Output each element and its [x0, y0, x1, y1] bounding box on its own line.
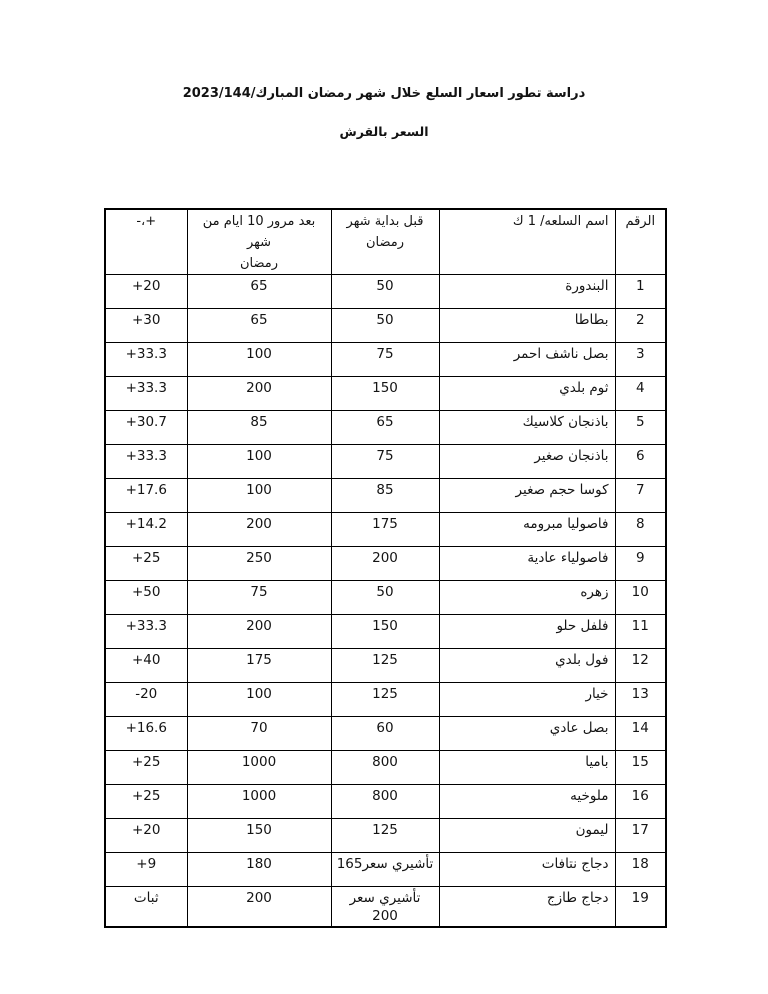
table-row: 8فاصوليا مبرومه175200+14.2 [105, 513, 666, 547]
cell-price-before: 150 [331, 377, 439, 411]
cell-price-after: 65 [187, 309, 331, 343]
cell-change: +25 [105, 547, 187, 581]
cell-change: +50 [105, 581, 187, 615]
cell-change: +17.6 [105, 479, 187, 513]
col-header-price-before-ramadan: قبل بداية شهر رمضان [331, 209, 439, 275]
cell-item-name: فلفل حلو [439, 615, 615, 649]
cell-number: 1 [615, 275, 666, 309]
table-row: 19دجاج طازجتأشيري سعر 200200ثبات [105, 887, 666, 927]
cell-number: 6 [615, 445, 666, 479]
table-row: 6باذنجان صغير75100+33.3 [105, 445, 666, 479]
cell-number: 16 [615, 785, 666, 819]
cell-item-name: ملوخيه [439, 785, 615, 819]
cell-price-after: 100 [187, 683, 331, 717]
table-row: 17ليمون125150+20 [105, 819, 666, 853]
cell-price-before: 125 [331, 819, 439, 853]
cell-price-before: 50 [331, 275, 439, 309]
table-row: 16ملوخيه8001000+25 [105, 785, 666, 819]
cell-number: 14 [615, 717, 666, 751]
cell-change: +9 [105, 853, 187, 887]
cell-item-name: باذنجان صغير [439, 445, 615, 479]
cell-price-after: 200 [187, 513, 331, 547]
cell-price-after: 180 [187, 853, 331, 887]
cell-item-name: ثوم بلدي [439, 377, 615, 411]
table-row: 15باميا8001000+25 [105, 751, 666, 785]
cell-price-after: 100 [187, 445, 331, 479]
table-row: 18دجاج نتافاتتأشيري سعر165180+9 [105, 853, 666, 887]
table-row: 14بصل عادي6070+16.6 [105, 717, 666, 751]
header-row: الرقم اسم السلعه/ 1 ك قبل بداية شهر رمضا… [105, 209, 666, 275]
table-row: 4ثوم بلدي150200+33.3 [105, 377, 666, 411]
table-row: 7كوسا حجم صغير85100+17.6 [105, 479, 666, 513]
cell-number: 3 [615, 343, 666, 377]
price-unit-subtitle: السعر بالقرش [0, 124, 768, 139]
cell-number: 11 [615, 615, 666, 649]
cell-item-name: بصل عادي [439, 717, 615, 751]
cell-item-name: دجاج طازج [439, 887, 615, 927]
table-row: 2بطاطا5065+30 [105, 309, 666, 343]
cell-price-after: 100 [187, 343, 331, 377]
cell-item-name: ليمون [439, 819, 615, 853]
cell-price-before: 50 [331, 581, 439, 615]
cell-item-name: دجاج نتافات [439, 853, 615, 887]
cell-item-name: باميا [439, 751, 615, 785]
cell-item-name: فول بلدي [439, 649, 615, 683]
cell-price-after: 75 [187, 581, 331, 615]
cell-change: +20 [105, 819, 187, 853]
cell-price-before: 125 [331, 649, 439, 683]
cell-number: 19 [615, 887, 666, 927]
cell-price-before: 65 [331, 411, 439, 445]
cell-price-before: 800 [331, 751, 439, 785]
cell-number: 8 [615, 513, 666, 547]
cell-change: -20 [105, 683, 187, 717]
cell-price-before: 75 [331, 445, 439, 479]
table-row: 3بصل ناشف احمر75100+33.3 [105, 343, 666, 377]
cell-price-before: 800 [331, 785, 439, 819]
cell-price-before: 60 [331, 717, 439, 751]
table-body: 1البندورة5065+202بطاطا5065+303بصل ناشف ا… [105, 275, 666, 927]
cell-number: 9 [615, 547, 666, 581]
cell-item-name: خيار [439, 683, 615, 717]
cell-item-name: كوسا حجم صغير [439, 479, 615, 513]
cell-price-before: 200 [331, 547, 439, 581]
doc-title: دراسة تطور اسعار السلع خلال شهر رمضان ال… [0, 86, 768, 101]
cell-number: 7 [615, 479, 666, 513]
cell-price-before: 175 [331, 513, 439, 547]
table-row: 10زهره5075+50 [105, 581, 666, 615]
cell-change: +33.3 [105, 343, 187, 377]
table-row: 5باذنجان كلاسيك6585+30.7 [105, 411, 666, 445]
cell-change: +25 [105, 751, 187, 785]
prices-table: الرقم اسم السلعه/ 1 ك قبل بداية شهر رمضا… [104, 208, 667, 928]
cell-price-after: 175 [187, 649, 331, 683]
cell-number: 2 [615, 309, 666, 343]
cell-change: +16.6 [105, 717, 187, 751]
cell-change: +33.3 [105, 445, 187, 479]
cell-item-name: باذنجان كلاسيك [439, 411, 615, 445]
col-header-price-after-10-days: بعد مرور 10 ايام من شهر رمضان [187, 209, 331, 275]
cell-item-name: زهره [439, 581, 615, 615]
cell-price-before: 50 [331, 309, 439, 343]
cell-item-name: البندورة [439, 275, 615, 309]
cell-price-before: 150 [331, 615, 439, 649]
cell-price-after: 200 [187, 377, 331, 411]
cell-item-name: فاصولياء عادية [439, 547, 615, 581]
cell-item-name: بصل ناشف احمر [439, 343, 615, 377]
cell-price-after: 100 [187, 479, 331, 513]
cell-change: +20 [105, 275, 187, 309]
cell-price-after: 1000 [187, 751, 331, 785]
cell-price-before: 75 [331, 343, 439, 377]
table-row: 1البندورة5065+20 [105, 275, 666, 309]
cell-change: +40 [105, 649, 187, 683]
cell-price-after: 200 [187, 887, 331, 927]
col-header-number: الرقم [615, 209, 666, 275]
cell-item-name: فاصوليا مبرومه [439, 513, 615, 547]
col-header-change: +،- [105, 209, 187, 275]
table-row: 12فول بلدي125175+40 [105, 649, 666, 683]
cell-change: +30.7 [105, 411, 187, 445]
cell-number: 5 [615, 411, 666, 445]
table-row: 13خيار125100-20 [105, 683, 666, 717]
cell-number: 18 [615, 853, 666, 887]
cell-price-before: 125 [331, 683, 439, 717]
cell-number: 10 [615, 581, 666, 615]
cell-change: ثبات [105, 887, 187, 927]
table-row: 9فاصولياء عادية200250+25 [105, 547, 666, 581]
cell-price-after: 85 [187, 411, 331, 445]
cell-number: 4 [615, 377, 666, 411]
table-row: 11فلفل حلو150200+33.3 [105, 615, 666, 649]
cell-change: +33.3 [105, 377, 187, 411]
cell-item-name: بطاطا [439, 309, 615, 343]
cell-price-after: 70 [187, 717, 331, 751]
cell-price-after: 1000 [187, 785, 331, 819]
cell-number: 17 [615, 819, 666, 853]
cell-number: 12 [615, 649, 666, 683]
cell-change: +14.2 [105, 513, 187, 547]
cell-number: 13 [615, 683, 666, 717]
cell-number: 15 [615, 751, 666, 785]
cell-price-after: 250 [187, 547, 331, 581]
cell-price-before: تأشيري سعر165 [331, 853, 439, 887]
cell-price-after: 65 [187, 275, 331, 309]
cell-change: +33.3 [105, 615, 187, 649]
cell-price-before: 85 [331, 479, 439, 513]
cell-price-before: تأشيري سعر 200 [331, 887, 439, 927]
cell-price-after: 200 [187, 615, 331, 649]
cell-price-after: 150 [187, 819, 331, 853]
col-header-item-name: اسم السلعه/ 1 ك [439, 209, 615, 275]
cell-change: +25 [105, 785, 187, 819]
cell-change: +30 [105, 309, 187, 343]
